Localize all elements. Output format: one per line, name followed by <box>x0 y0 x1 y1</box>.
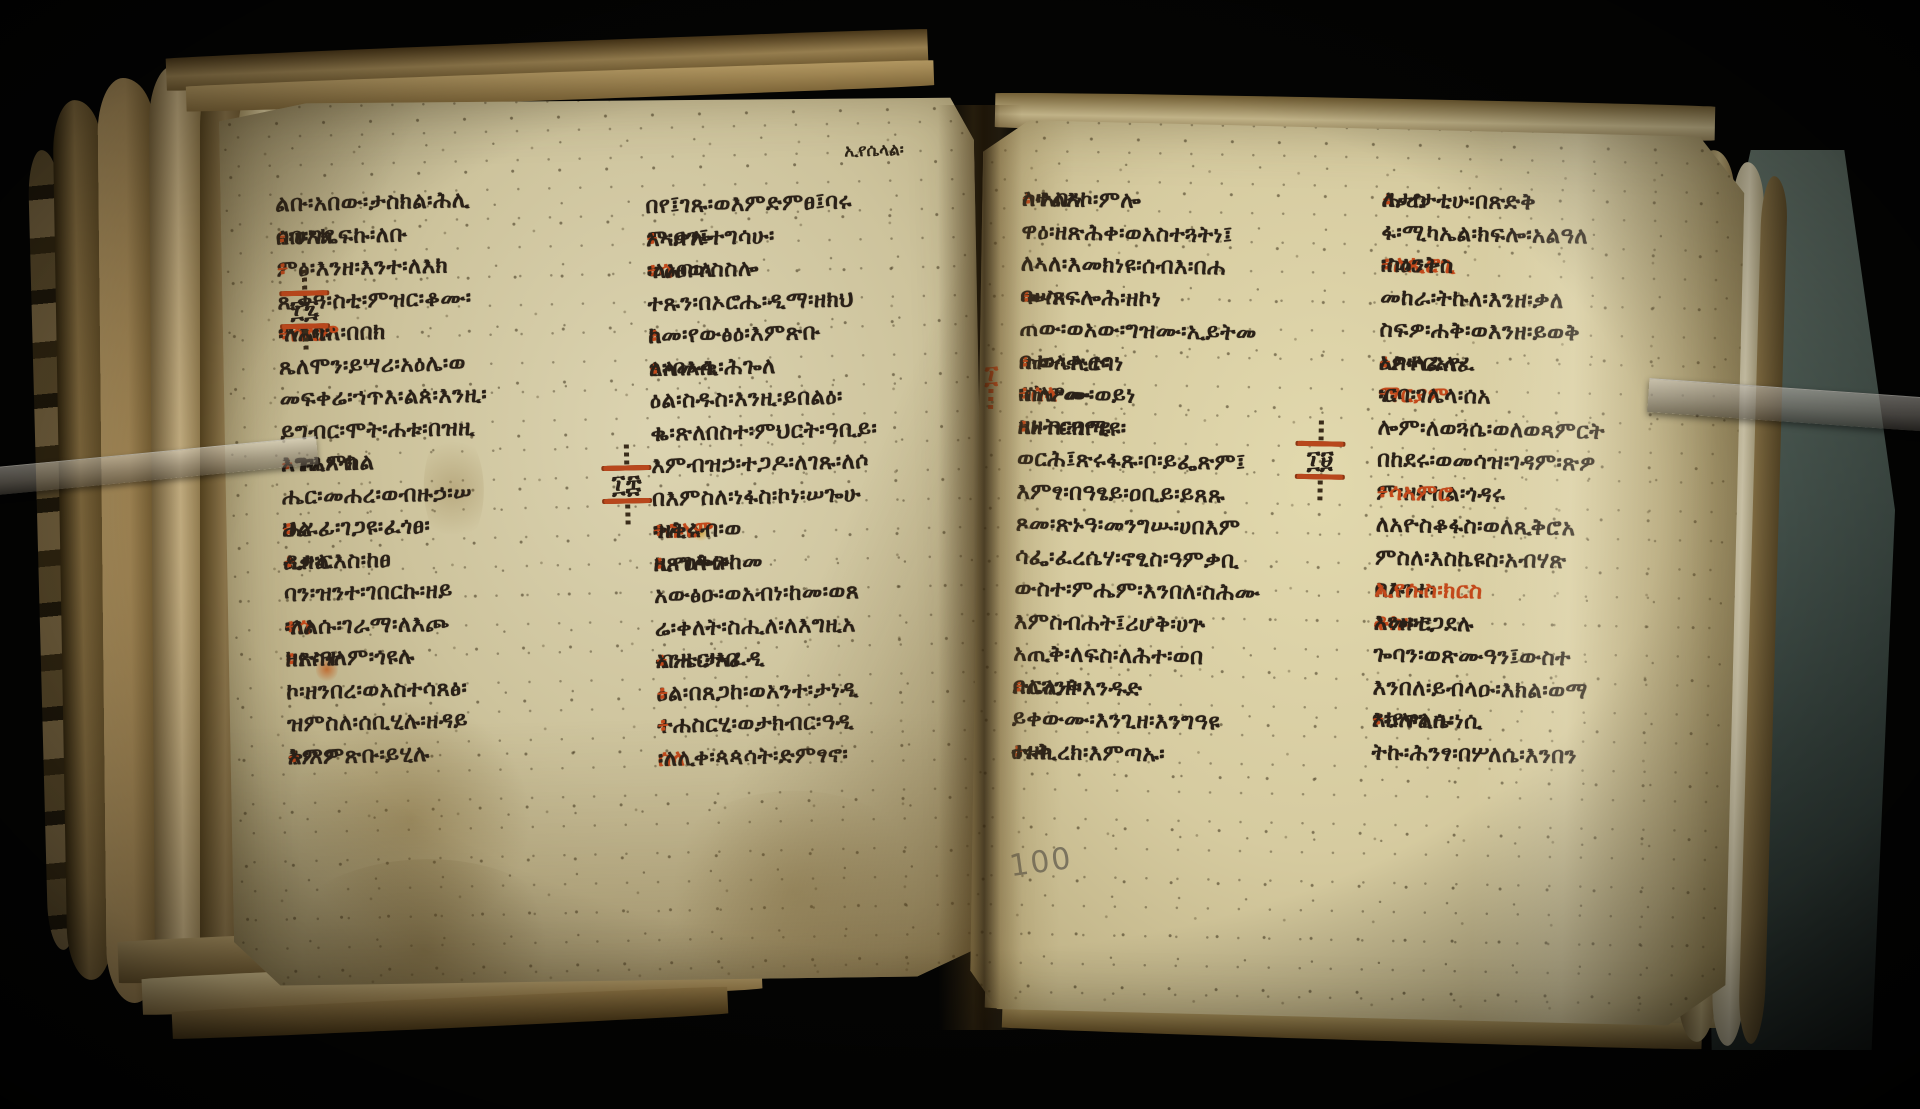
numeral-rule <box>282 323 328 329</box>
right-page-column-2: ሑረታቲሁ፡በጽድቅ፥ለታስፋ፡ሚካኤል፡ክፍሎ፡አልዓለዘወርቅ፥ለጲሮጊ፡ስ… <box>1371 183 1717 799</box>
black-ink-text: ለተልእኮ፡ምሎ <box>1022 183 1142 218</box>
black-ink-text: ፡ለአባ፡ለ <box>647 253 714 287</box>
margin-numeral-right-col2: ፲፱ <box>1296 420 1344 501</box>
photo-scene: ኢየሴላል፡ ፲፯ ፲፰ ልቡ፡አበው፡ታስክል፡ሕሊና፡ሀአክ፥ሰበ፡ግዴፍኩ… <box>0 0 1920 1109</box>
black-ink-text: በሌሊተ፡እንዱድ <box>1012 670 1142 705</box>
black-ink-text: ሔር፡መሐረ፡ወብዙኃ፡ሠ <box>282 476 473 513</box>
numeral-dots <box>625 504 630 524</box>
page-edges-left-3 <box>149 66 208 1016</box>
black-ink-text: እክለ፡ጊዜ፡ነሲ <box>1372 703 1483 738</box>
black-ink-text: ሰበ፡ግዴፍኩ፡ለቡ <box>276 218 408 253</box>
red-ink-text: ፥ <box>657 710 670 743</box>
black-ink-text: ወርሕ፤ጽሩፋጹ፡ቦ፡ይፌጽም፤ <box>1017 442 1246 479</box>
black-ink-text: ዲዘ፡ርእስ፡ከፀ <box>283 543 392 578</box>
black-ink-text: ተሐስርሂ፡ወታክብር፡ዓዲ <box>657 705 854 742</box>
black-ink-text: ባሠጸ <box>1020 280 1066 313</box>
black-ink-text: በቱ፡ሌሊተ፡ <box>1019 345 1111 379</box>
black-ink-text: ፡ስዕንትስ <box>1381 248 1454 282</box>
black-ink-text: ሐራፊ፡ገጋዩ፡ፈጎፀ፡ <box>282 510 430 546</box>
left-page-column-1: ልቡ፡አበው፡ታስክል፡ሕሊና፡ሀአክ፥ሰበ፡ግዴፍኩ፡ለቡምዕ፡እንዘ፡እንተ… <box>275 180 637 788</box>
black-ink-text: ለአዮስቆፋስ፡ወለጺቅሮአ <box>1376 508 1576 544</box>
black-ink-text: በእምስለ፡ነፋስ፡ኮነ፡ሠጐሁ <box>652 478 862 515</box>
black-ink-text: ዕል፡ስዱስ፡እንዚ፡ይበልዕ፡ <box>649 381 843 418</box>
black-ink-text: ፡ርባ፡ገሌላ፡ሰአ <box>1378 378 1491 413</box>
black-ink-text: ባን፡ዝንተ፡ገበርኩ፡ዘይ <box>284 574 453 610</box>
black-ink-text: ልቡ፡አበው፡ታስክል፡ሕሊ <box>275 184 470 221</box>
red-ink-text: ኢየሱስ፡ክርስ <box>1374 573 1482 608</box>
black-ink-text: ሳፌ፡ፈረሴሃ፡ኖፂስ፡ዓምቃቢ <box>1015 540 1240 577</box>
black-ink-text: ከመ፡የውፅዕ፡እምጽቡ <box>648 316 821 352</box>
black-ink-text: በየ፤ገጹ፡ወእምድምፀ፤ባሩ <box>645 185 852 222</box>
black-ink-text: ዝምስለ፡ሰቢሂሉ፡ዘዳይ <box>287 704 469 741</box>
black-ink-text: ሬ፡ቀለት፡ስሒለ፡ለእግዚአ <box>655 608 857 645</box>
text-line: ሰላ፡ለሊቀ፡ጳጳሳት፡ድምፃኖ፡ <box>658 735 981 775</box>
black-ink-text: ጐባን፡ወጽሙዓን፤ውስተ <box>1373 638 1571 674</box>
numeral-dots <box>988 389 993 409</box>
text-line: ቅ፡እምጽቡ፡ይሂሉ፥እምዎ <box>287 733 636 773</box>
black-ink-text: መፍቀሬ፡ኀጥእ፡ልጰ፡እንዚ፡ <box>279 379 487 416</box>
black-ink-text: ተጹን፡በኦሮሔ፡ዲማ፡ዘክህ <box>647 283 854 320</box>
left-page-column-2: በየ፤ገጹ፡ወእምድምፀ፤ባሩም፡ቃሎ፥አኣባን፤ተግሳሁ፡ወዕፀወ፡ስስሎ፥ሳ… <box>645 183 981 800</box>
black-ink-text: መከራ፡ትኩለ፡እንዘ፡ቃለ <box>1380 281 1564 317</box>
black-ink-text: ፋ፡ሚካኤል፡ክፍሎ፡አልዓለ <box>1381 216 1588 252</box>
black-ink-text: ለታስ <box>1382 183 1427 216</box>
black-ink-text: እንዘ፡ር <box>1374 606 1432 640</box>
black-ink-text: ትኩ፡ሕንፃ፡በሦለሴ፡እንበን <box>1371 736 1577 772</box>
black-ink-text: ዘዘትርጓሚዩ፡ <box>1017 410 1126 445</box>
black-ink-text: ፡ሰለፆሙ <box>1018 377 1091 411</box>
numeral-dots <box>623 444 628 464</box>
black-ink-text: ፡ለአሱ፡ገራማ፡ለእጮ <box>285 607 450 643</box>
margin-numeral-left-col2: ፲፰ <box>603 444 651 525</box>
black-ink-text: ጼለሞን፡ይሣሪ፡አዕሌ፡ወ <box>279 347 467 384</box>
black-ink-text: እንበለ፡ይብላዑ፡እክል፡ወማ <box>1373 671 1588 708</box>
black-ink-text: ሎም፡ለወጓሴ፡ወለወጻምርት <box>1377 411 1605 448</box>
black-ink-text: በከደሩ፡ወመሳዝ፡ገዳም፡ጽዎ <box>1377 443 1596 480</box>
numeral-glyph: ፲፱ <box>1307 447 1334 474</box>
black-ink-text: ውስተ፡ምሔም፡እንበለ፡ስሕሙ <box>1014 572 1260 609</box>
black-ink-text: እምዎ <box>287 740 339 774</box>
stain <box>651 788 935 994</box>
numeral-dots <box>303 330 308 350</box>
numeral-glyph: ፲፰ <box>612 471 642 498</box>
black-ink-text: አኣባን፤ተግሳሁ፡ <box>646 220 775 255</box>
black-ink-text: ጾመ፡ጽኑዓ፡መንግሡ፡ሀበእም <box>1016 507 1241 544</box>
red-ink-text: ፥ሳኣምሮ <box>1376 476 1453 510</box>
black-ink-text: ይቀውሙ፡እንጊዘ፡እንግዓዩ <box>1012 702 1221 738</box>
page-header-title: ኢየሴላል፡ <box>844 140 904 161</box>
numeral-rule <box>1297 474 1343 480</box>
numeral-dots <box>1317 480 1322 500</box>
black-ink-text: አውፅዑ፡ወአብነ፡ከመ፡ወጸ <box>654 575 860 612</box>
margin-numeral-left-col1: ፲፯ <box>281 269 329 350</box>
black-ink-text: ጠው፡ወአው፡ግዝሙ፡ኢይትመ <box>1019 313 1257 350</box>
black-ink-text: ዋዕ፡ዘጽሕቀ፡ወአስተጓትነ፤ <box>1021 215 1233 252</box>
text-line: ትኩ፡ሕንፃ፡በሦለሴ፡እንበን <box>1371 736 1706 775</box>
margin-numeral-right-col1: ፲ <box>984 362 998 409</box>
left-page: ኢየሴላል፡ ፲፯ ፲፰ ልቡ፡አበው፡ታስክል፡ሕሊና፡ሀአክ፥ሰበ፡ግዴፍኩ… <box>215 87 993 996</box>
black-ink-text: እምስብሐት፤ሪሆቅ፡ሀጕ <box>1014 605 1206 641</box>
black-ink-text: ለለሙቁ <box>649 351 718 385</box>
black-ink-text: ለኣለ፡እመክነዩ፡ሰብእ፡በሐ <box>1021 248 1226 284</box>
black-ink-text: ዘአስተ <box>285 642 342 676</box>
black-ink-text: ፡ዘቅሩብ፡ወ <box>652 513 742 548</box>
black-ink-text: ፡ለሊቀ፡ጳጳሳት፡ድምፃኖ፡ <box>658 738 849 775</box>
numeral-dots <box>301 270 306 290</box>
black-ink-text: ዕል፡በጸጋከ፡ወአንተ፡ታነዲ <box>656 673 859 710</box>
numeral-dots <box>1318 420 1323 440</box>
black-ink-text: ኮ፡ዘንበረ፡ወአስተሳጸፅ፡ <box>286 672 468 709</box>
black-ink-text: እምፃ፡በዓፄይ፡ዐቢይ፡ይጸጹ <box>1016 475 1225 511</box>
right-page: ፲ ፲፱ ስ፡አቡነ፥ለተልእኮ፡ምሎዋዕ፡ዘጽሕቀ፡ወአስተጓትነ፤ለኣለ፡እ… <box>966 116 1745 1030</box>
black-ink-text: እምብዝኃ፡ተጋዶ፡ለገጹ፡ለሶ <box>651 445 869 482</box>
black-ink-text: ተዘኪረክ፡እምጣኡ፡ <box>1011 735 1165 770</box>
black-ink-text: ምስለ፡እስኬዩስ፡አብሃጽ <box>1375 541 1567 577</box>
numeral-glyph: ፲ <box>984 362 998 388</box>
text-line: ዕሩቅ፥ተዘኪረክ፡እምጣኡ፡ <box>1011 735 1360 774</box>
black-ink-text: አጢቅ፡ለፍስ፡ለሕተ፡ወበ <box>1013 637 1204 673</box>
black-ink-text: ቈ፡ጽለበስተ፡ምህርት፡ዓቢይ፡ <box>650 412 877 450</box>
black-ink-text: አስተርአዮ <box>1379 346 1465 380</box>
numeral-rule <box>604 498 650 504</box>
numeral-glyph: ፲፯ <box>290 296 319 323</box>
black-ink-text: አንተ፡ታብ <box>655 643 739 677</box>
pencil-page-number: 100 <box>1007 841 1074 884</box>
red-ink-text: ፥ <box>656 677 669 710</box>
black-ink-text: ስፍዎ፡ሐቅ፡ወእንዘ፡ይወቅ <box>1379 313 1580 349</box>
black-ink-text: ዘጾግሎነ፡ከመ <box>653 545 763 580</box>
